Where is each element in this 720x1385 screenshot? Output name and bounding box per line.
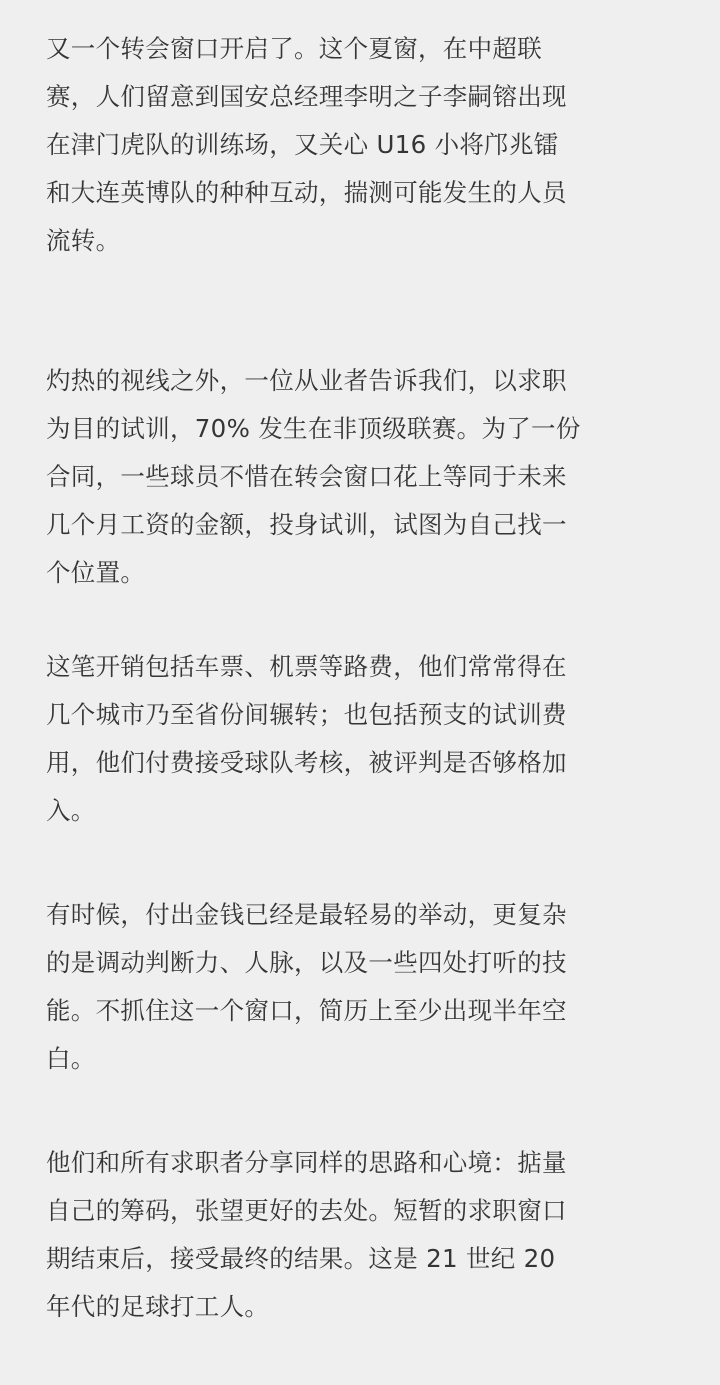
paragraph-line: 的是调动判断力、人脉，以及一些四处打听的技 bbox=[46, 939, 676, 987]
paragraph-line: 他们和所有求职者分享同样的思路和心境：掂量 bbox=[46, 1139, 676, 1187]
paragraph-line: 年代的足球打工人。 bbox=[46, 1283, 676, 1331]
paragraph-line: 为目的试训，70% 发生在非顶级联赛。为了一份 bbox=[46, 405, 676, 453]
paragraph-line: 又一个转会窗口开启了。这个夏窗，在中超联 bbox=[46, 25, 676, 73]
paragraph-line: 自己的筹码，张望更好的去处。短暂的求职窗口 bbox=[46, 1187, 676, 1235]
paragraph-line: 和大连英博队的种种互动，揣测可能发生的人员 bbox=[46, 169, 676, 217]
paragraph-line: 在津门虎队的训练场，又关心 U16 小将邝兆镭 bbox=[46, 121, 676, 169]
paragraph-line: 合同，一些球员不惜在转会窗口花上等同于未来 bbox=[46, 453, 676, 501]
paragraph-line: 流转。 bbox=[46, 217, 676, 265]
paragraph-line: 几个月工资的金额，投身试训，试图为自己找一 bbox=[46, 501, 676, 549]
paragraph-line: 白。 bbox=[46, 1035, 676, 1083]
paragraph-line: 入。 bbox=[46, 787, 676, 835]
paragraph-line: 赛，人们留意到国安总经理李明之子李嗣镕出现 bbox=[46, 73, 676, 121]
paragraph-1: 又一个转会窗口开启了。这个夏窗，在中超联 赛，人们留意到国安总经理李明之子李嗣镕… bbox=[46, 25, 676, 265]
paragraph-line: 灼热的视线之外，一位从业者告诉我们，以求职 bbox=[46, 357, 676, 405]
paragraph-line: 个位置。 bbox=[46, 549, 676, 597]
paragraph-line: 期结束后，接受最终的结果。这是 21 世纪 20 bbox=[46, 1235, 676, 1283]
paragraph-line: 有时候，付出金钱已经是最轻易的举动，更复杂 bbox=[46, 891, 676, 939]
paragraph-4: 有时候，付出金钱已经是最轻易的举动，更复杂 的是调动判断力、人脉，以及一些四处打… bbox=[46, 891, 676, 1083]
paragraph-line: 这笔开销包括车票、机票等路费，他们常常得在 bbox=[46, 643, 676, 691]
paragraph-line: 能。不抓住这一个窗口，简历上至少出现半年空 bbox=[46, 987, 676, 1035]
paragraph-3: 这笔开销包括车票、机票等路费，他们常常得在 几个城市乃至省份间辗转；也包括预支的… bbox=[46, 643, 676, 835]
paragraph-line: 用，他们付费接受球队考核，被评判是否够格加 bbox=[46, 739, 676, 787]
paragraph-2: 灼热的视线之外，一位从业者告诉我们，以求职 为目的试训，70% 发生在非顶级联赛… bbox=[46, 357, 676, 597]
paragraph-line: 几个城市乃至省份间辗转；也包括预支的试训费 bbox=[46, 691, 676, 739]
paragraph-5: 他们和所有求职者分享同样的思路和心境：掂量 自己的筹码，张望更好的去处。短暂的求… bbox=[46, 1139, 676, 1331]
